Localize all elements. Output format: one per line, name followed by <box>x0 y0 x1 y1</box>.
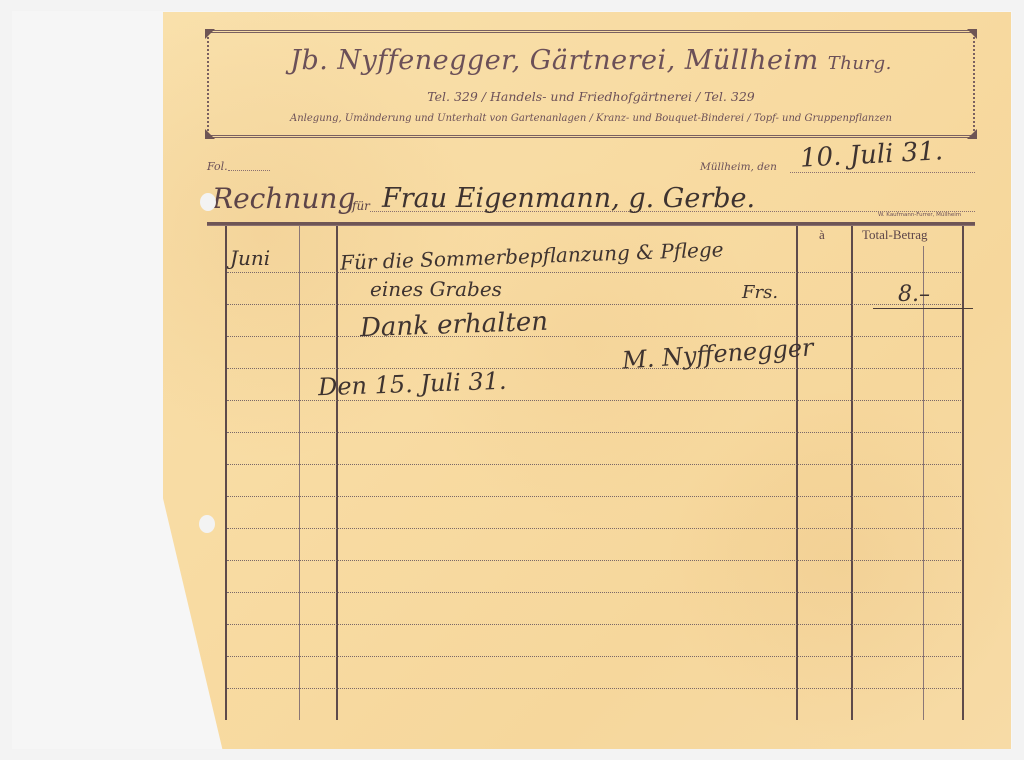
amount-underline <box>873 308 973 309</box>
column-divider <box>962 226 964 720</box>
row-rule <box>227 592 961 593</box>
column-divider <box>336 226 338 720</box>
firm-name-text: Jb. Nyffenegger, Gärtnerei, Müllheim <box>290 45 819 76</box>
letterhead-frame: Jb. Nyffenegger, Gärtnerei, Müllheim Thu… <box>207 30 975 138</box>
frame-corner-ornament <box>967 29 977 39</box>
row-rule <box>227 528 961 529</box>
row-rule <box>227 368 961 369</box>
entry-currency: Frs. <box>742 282 778 303</box>
table-top-rule <box>207 222 975 226</box>
firm-telephone-line: Tel. 329 / Handels- und Friedhofgärtnere… <box>209 89 973 104</box>
firm-services-line: Anlegung, Umänderung und Unterhalt von G… <box>209 113 973 124</box>
row-rule <box>227 432 961 433</box>
fol-dotted-line <box>228 170 270 171</box>
entry-month: Juni <box>230 246 270 270</box>
entry-total-amount: 8.– <box>898 282 930 307</box>
unit-price-header: à <box>819 227 825 243</box>
invoice-title: Rechnung <box>212 182 355 215</box>
column-divider <box>299 226 300 720</box>
row-rule <box>227 272 961 273</box>
entry-description: eines Grabes <box>370 277 502 301</box>
row-rule <box>227 688 961 689</box>
row-rule <box>227 656 961 657</box>
column-divider <box>923 246 924 720</box>
punch-hole <box>200 193 216 211</box>
row-rule <box>227 304 961 305</box>
firm-region: Thurg. <box>828 53 892 74</box>
row-rule <box>227 496 961 497</box>
row-rule <box>227 464 961 465</box>
fol-label: Fol. <box>207 160 228 173</box>
for-label: für <box>352 199 370 213</box>
printer-credit: W. Kaufmann-Furrer, Müllheim <box>878 212 961 218</box>
punch-hole <box>199 515 215 533</box>
column-divider <box>225 226 227 720</box>
total-amount-header: Total-Betrag <box>862 227 928 243</box>
column-divider <box>796 226 798 720</box>
firm-name: Jb. Nyffenegger, Gärtnerei, Müllheim Thu… <box>209 45 973 76</box>
frame-corner-ornament <box>205 29 215 39</box>
column-divider <box>851 226 853 720</box>
handwritten-recipient: Frau Eigenmann, g. Gerbe. <box>382 183 755 214</box>
place-label: Müllheim, den <box>700 161 777 173</box>
frame-corner-ornament <box>967 129 977 139</box>
row-rule <box>227 624 961 625</box>
row-rule <box>227 560 961 561</box>
frame-corner-ornament <box>205 129 215 139</box>
row-rule <box>227 336 961 337</box>
